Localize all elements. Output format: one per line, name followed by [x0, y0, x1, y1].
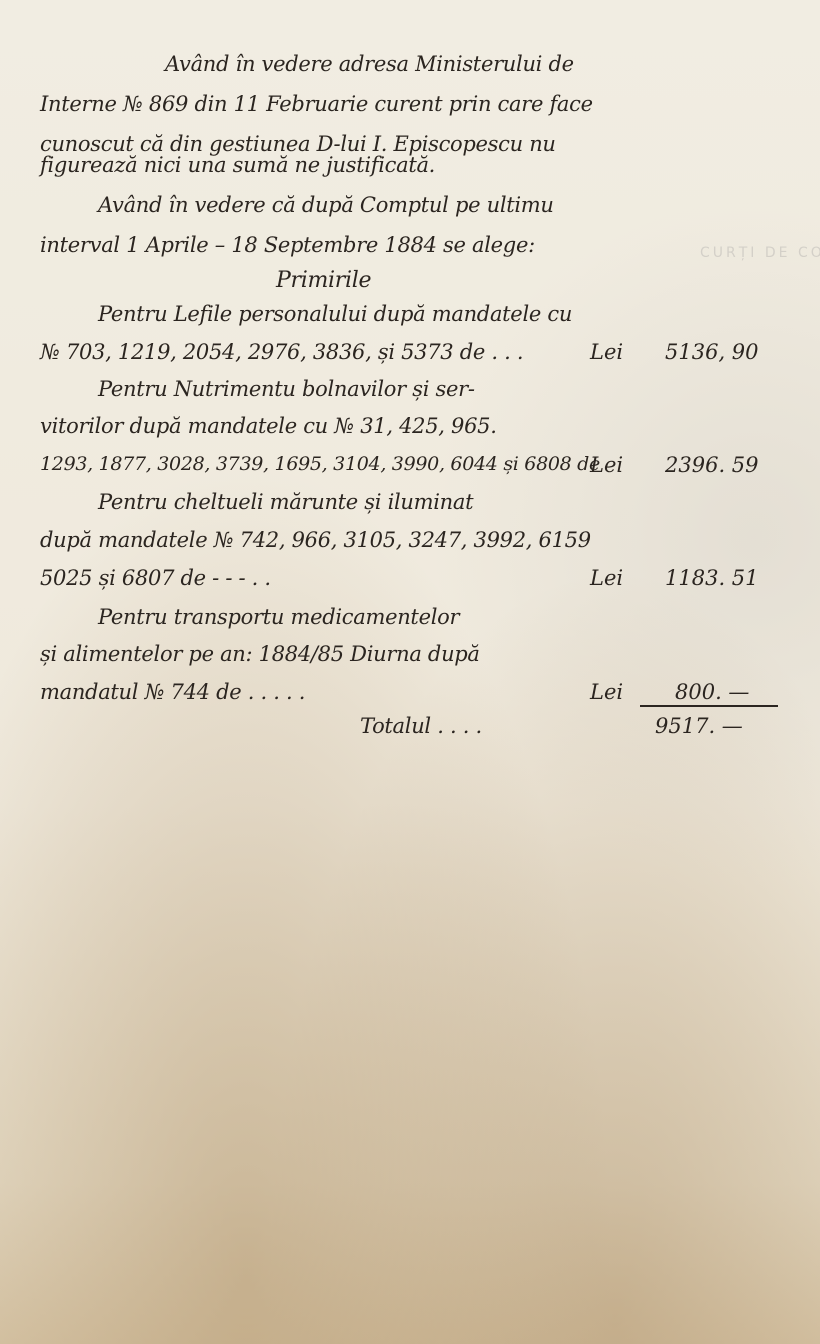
- receipt-1-line-2: № 703, 1219, 2054, 2976, 3836, și 5373 d…: [40, 340, 523, 364]
- scanned-document-page: CURȚI DE COMPTURI Având în vedere adresa…: [0, 0, 820, 1344]
- receipts-total-amount: 9517. —: [655, 714, 743, 738]
- paragraph-2-line-2: interval 1 Aprile – 18 Septembre 1884 se…: [40, 233, 535, 257]
- receipt-1-currency: Lei: [590, 340, 623, 364]
- receipt-3-line-2: după mandatele № 742, 966, 3105, 3247, 3…: [40, 528, 591, 552]
- receipt-4-line-1: Pentru transportu medicamentelor: [98, 605, 459, 629]
- receipt-3-currency: Lei: [590, 566, 623, 590]
- receipt-2-currency: Lei: [590, 453, 623, 477]
- paragraph-2-line-1: Având în vedere că după Comptul pe ultim…: [98, 193, 554, 217]
- receipt-2-amount: 2396. 59: [665, 453, 759, 477]
- receipt-3-line-1: Pentru cheltueli mărunte și iluminat: [98, 490, 473, 514]
- paragraph-1-line-2: Interne № 869 din 11 Februarie curent pr…: [40, 92, 593, 116]
- receipt-4-amount: 800. —: [675, 680, 749, 704]
- receipt-3-line-3: 5025 și 6807 de - - - . .: [40, 566, 271, 590]
- receipt-4-line-2: și alimentelor pe an: 1884/85 Diurna dup…: [40, 642, 480, 666]
- receipts-total-label: Totalul . . . .: [360, 714, 482, 738]
- receipt-1-amount: 5136, 90: [665, 340, 759, 364]
- faint-stamp-text: CURȚI DE COMPTURI: [700, 245, 820, 261]
- receipt-2-line-3: 1293, 1877, 3028, 3739, 1695, 3104, 3990…: [40, 453, 600, 475]
- receipts-sum-rule: [640, 705, 778, 707]
- receipt-4-currency: Lei: [590, 680, 623, 704]
- paragraph-1-line-4: figurează nici una sumă ne justificată.: [40, 153, 435, 177]
- receipt-4-line-3: mandatul № 744 de . . . . .: [40, 680, 305, 704]
- receipt-2-line-2: vitorilor după mandatele cu № 31, 425, 9…: [40, 414, 497, 438]
- receipt-3-amount: 1183. 51: [665, 566, 759, 590]
- receipts-heading: Primirile: [276, 268, 371, 293]
- receipt-1-line-1: Pentru Lefile personalului după mandatel…: [98, 302, 572, 326]
- paragraph-1-line-1: Având în vedere adresa Ministerului de: [165, 52, 574, 76]
- receipt-2-line-1: Pentru Nutrimentu bolnavilor și ser-: [98, 377, 475, 401]
